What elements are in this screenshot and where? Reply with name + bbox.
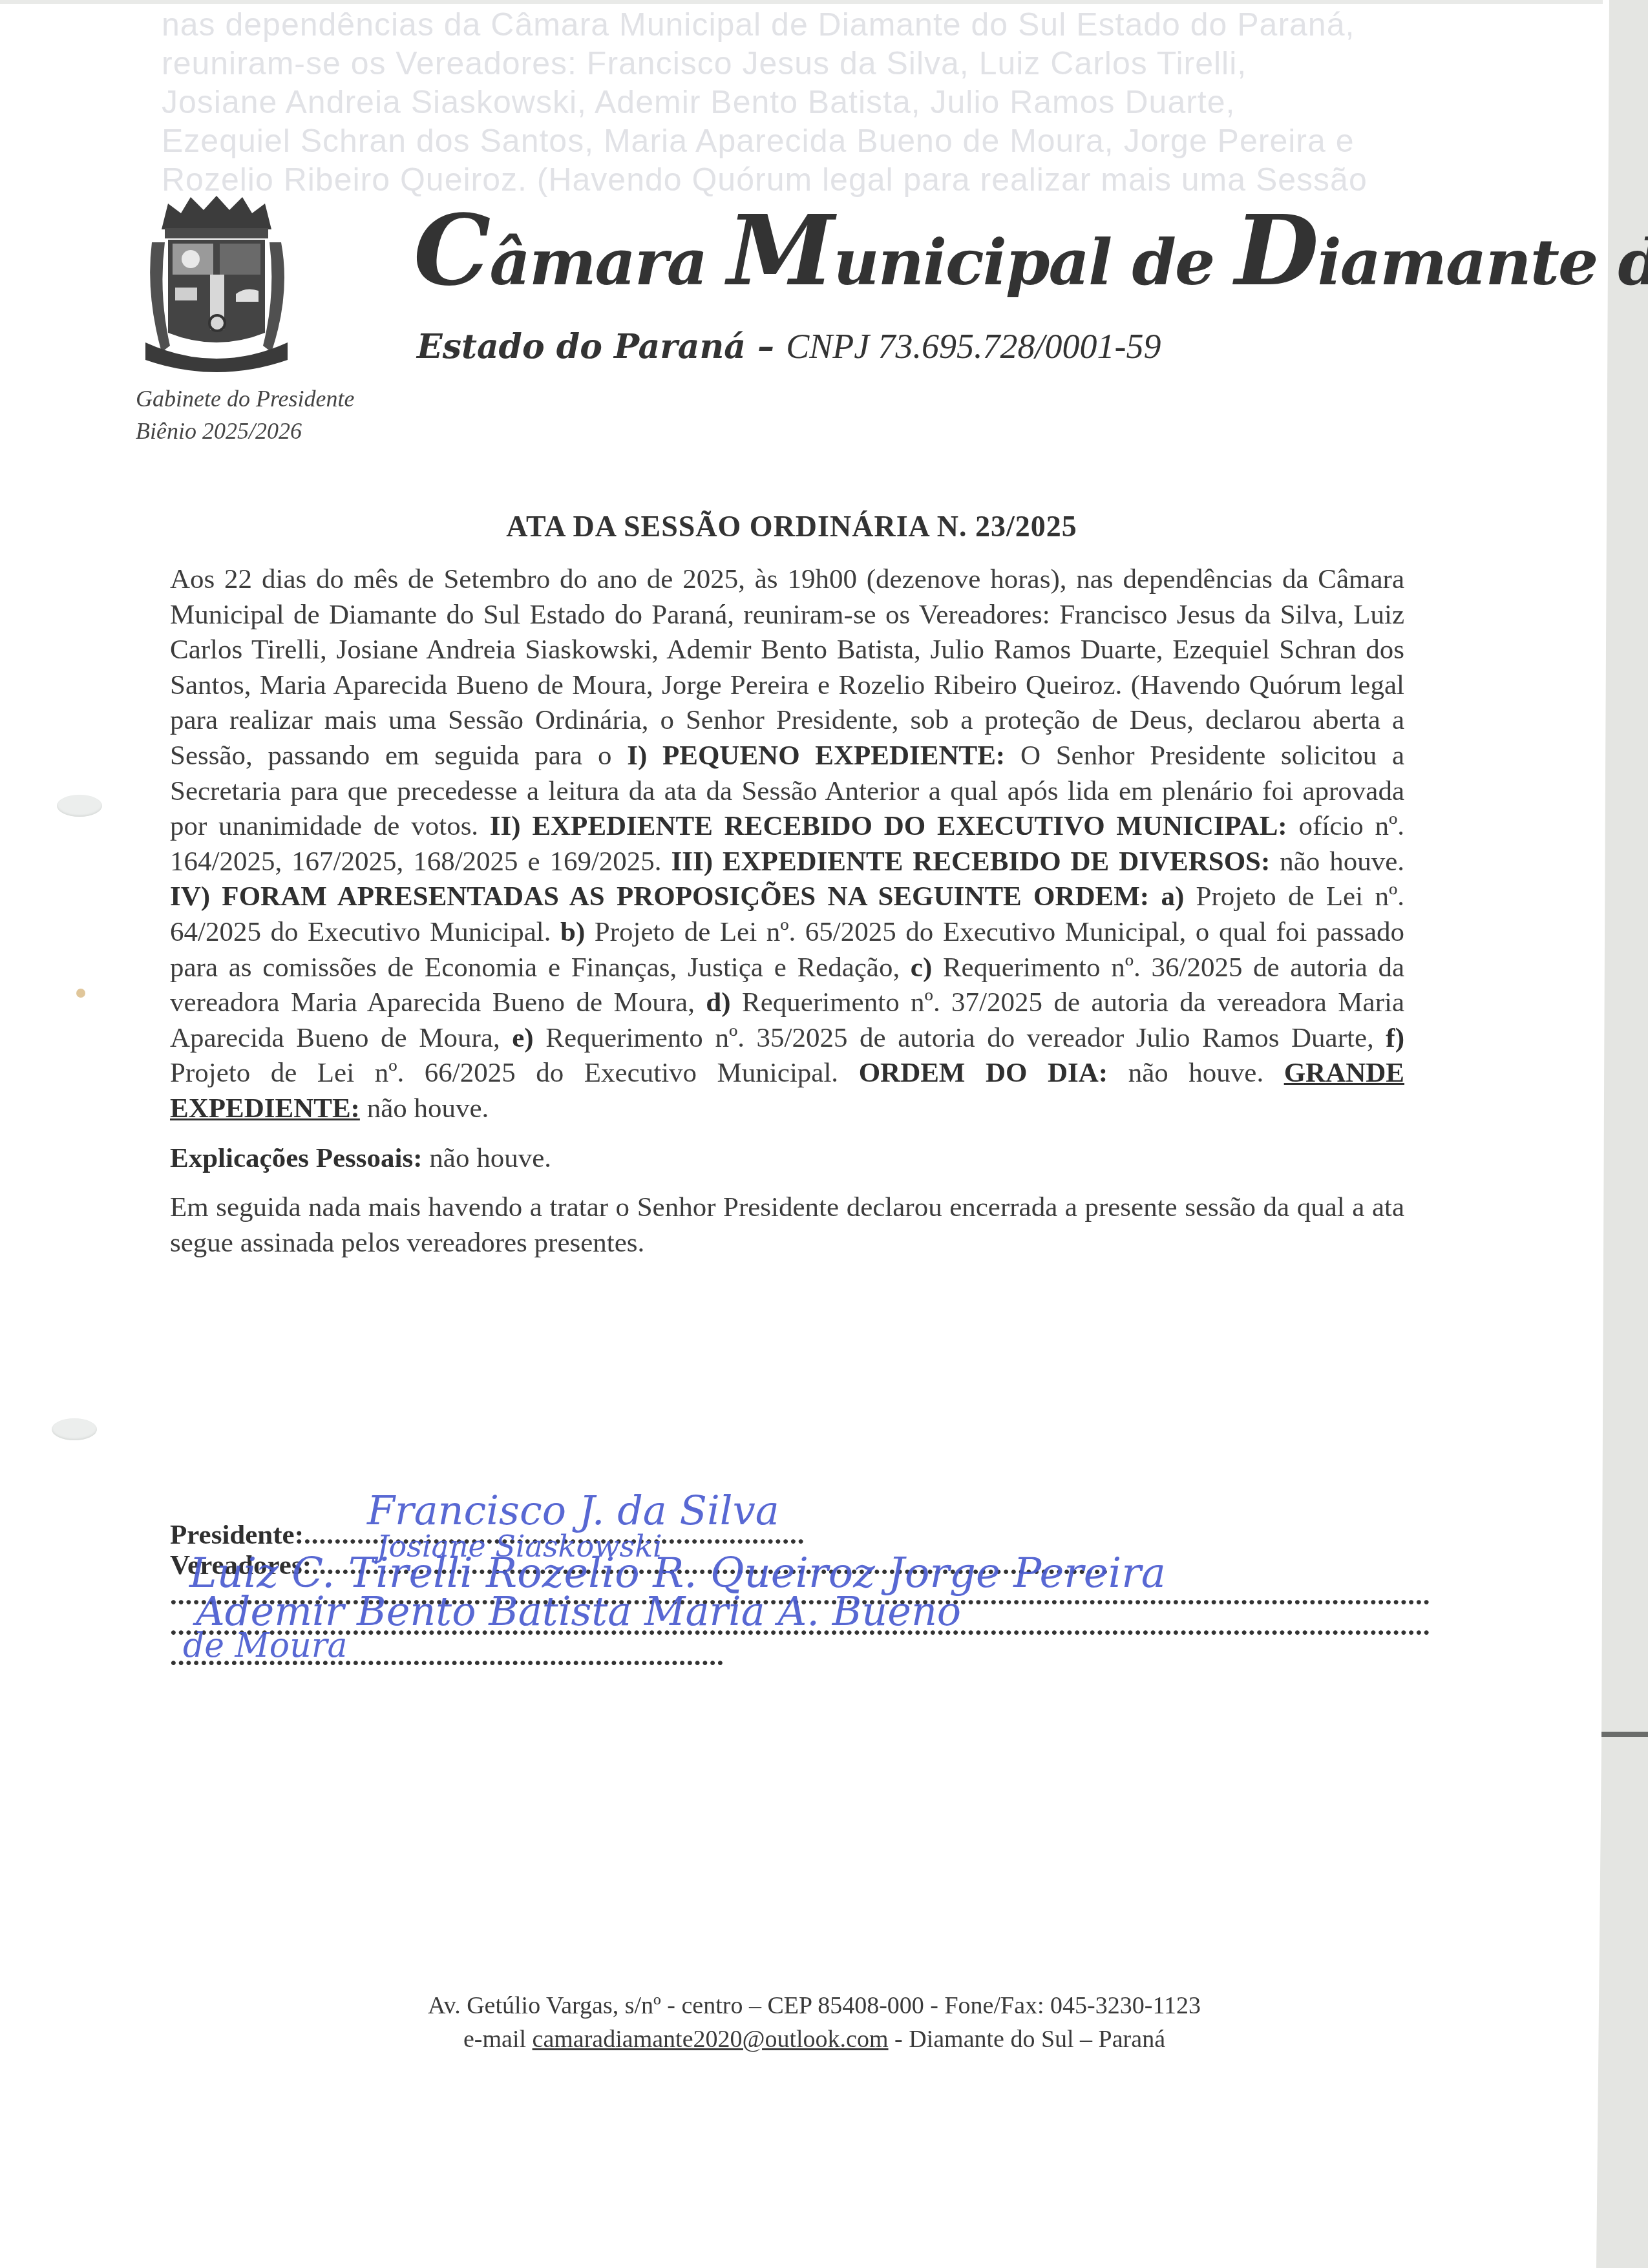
scan-top-edge	[0, 0, 1603, 4]
handwritten-signature: Luiz C. Tirelli Rozelio R. Queiroz Jorge…	[189, 1559, 1166, 1589]
handwritten-signature: Ademir Bento Batista Maria A. Bueno	[196, 1596, 961, 1626]
office-name: Gabinete do Presidente	[136, 383, 355, 415]
handwritten-signature: de Moura	[183, 1631, 348, 1661]
office-label: Gabinete do Presidente Biênio 2025/2026	[136, 383, 355, 447]
signature-line: ........................................…	[170, 1641, 1430, 1672]
document-title: ATA DA SESSÃO ORDINÁRIA N. 23/2025	[0, 509, 1583, 543]
footer-contact: Av. Getúlio Vargas, s/nº - centro – CEP …	[0, 1989, 1629, 2056]
org-name-heading: Câmara Municipal de Diamante do Sul	[414, 194, 1648, 308]
president-signature-line: Presidente:.............................…	[170, 1520, 1430, 1550]
email-link[interactable]: camaradiamante2020@outlook.com	[533, 2026, 889, 2053]
punch-hole-icon	[57, 795, 102, 817]
footer-address: Av. Getúlio Vargas, s/nº - centro – CEP …	[0, 1989, 1629, 2022]
state-name: Estado do Paraná –	[417, 327, 786, 366]
minutes-body: Aos 22 dias do mês de Setembro do ano de…	[170, 562, 1404, 1261]
cnpj-number: CNPJ 73.695.728/0001-59	[786, 327, 1161, 366]
signature-block: Presidente:.............................…	[170, 1520, 1430, 1672]
personal-explanations: Explicações Pessoais: não houve.	[170, 1141, 1404, 1177]
minutes-paragraph: Aos 22 dias do mês de Setembro do ano de…	[170, 562, 1404, 1127]
bleed-through-text: nas dependências da Câmara Municipal de …	[162, 5, 1409, 199]
punch-hole-icon	[52, 1418, 97, 1440]
term-label: Biênio 2025/2026	[136, 415, 355, 447]
paper-stain	[76, 989, 85, 998]
closing-paragraph: Em seguida nada mais havendo a tratar o …	[170, 1190, 1404, 1261]
municipal-coat-of-arms-icon	[132, 191, 301, 378]
scanner-edge-line	[1601, 1732, 1648, 1737]
footer-email-line: e-mail camaradiamante2020@outlook.com - …	[0, 2022, 1629, 2056]
scanner-background-strip	[1596, 0, 1648, 2268]
president-handwritten-signature: Francisco J. da Silva	[367, 1495, 779, 1526]
state-cnpj-line: Estado do Paraná – CNPJ 73.695.728/0001-…	[417, 326, 1161, 366]
